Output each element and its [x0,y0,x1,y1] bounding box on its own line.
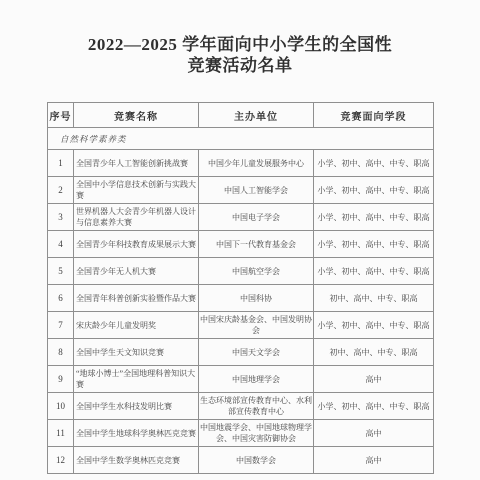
competition-name: 全国青少年无人机大赛 [74,258,199,285]
competition-name: 全国中小学信息技术创新与实践大赛 [74,177,199,204]
table-header-row: 序号 竞赛名称 主办单位 竞赛面向学段 [48,103,434,128]
table-row: 2 全国中小学信息技术创新与实践大赛 中国人工智能学会 小学、初中、高中、中专、… [48,177,434,204]
page-title-line2: 竞赛活动名单 [188,56,293,75]
organizer: 中国电子学会 [199,204,314,231]
table-row: 4 全国青少年科技教育成果展示大赛 中国下一代教育基金会 小学、初中、高中、中专… [48,231,434,258]
target-levels: 初中、高中、中专、职高 [314,339,434,366]
page-title-line1: 2022—2025 学年面向中小学生的全国性 [88,35,392,54]
table-row: 11 全国中学生地球科学奥林匹克竞赛 中国地震学会、中国地球物理学会、中国灾害防… [48,420,434,447]
target-levels: 小学、初中、高中、中专、职高 [314,204,434,231]
row-number: 2 [48,177,74,204]
competition-name: 宋庆龄少年儿童发明奖 [74,312,199,339]
competition-name: 全国中学生水科技发明比赛 [74,393,199,420]
row-number: 6 [48,285,74,312]
competition-name: 全国中学生天文知识竞赛 [74,339,199,366]
table-row: 10 全国中学生水科技发明比赛 生态环境部宣传教育中心、水利部宣传教育中心 小学… [48,393,434,420]
table-row: 7 宋庆龄少年儿童发明奖 中国宋庆龄基金会、中国发明协会 小学、初中、高中、中专… [48,312,434,339]
table-header: 序号 竞赛名称 主办单位 竞赛面向学段 [48,103,434,128]
organizer: 中国地理学会 [199,366,314,393]
row-number: 5 [48,258,74,285]
target-levels: 小学、初中、高中、中专、职高 [314,150,434,177]
competition-name: “地球小博士”全国地理科普知识大赛 [74,366,199,393]
table-body: 自然科学素养类 1 全国青少年人工智能创新挑战赛 中国少年儿童发展服务中心 小学… [48,128,434,474]
target-levels: 小学、初中、高中、中专、职高 [314,231,434,258]
competition-name: 全国青少年人工智能创新挑战赛 [74,150,199,177]
target-levels: 小学、初中、高中、中专、职高 [314,177,434,204]
organizer: 中国航空学会 [199,258,314,285]
row-number: 10 [48,393,74,420]
competition-name: 全国中学生数学奥林匹克竞赛 [74,447,199,474]
organizer: 中国科协 [199,285,314,312]
target-levels: 高中 [314,447,434,474]
table-row: 9 “地球小博士”全国地理科普知识大赛 中国地理学会 高中 [48,366,434,393]
competition-name: 全国青少年科技教育成果展示大赛 [74,231,199,258]
target-levels: 初中、高中、中专、职高 [314,285,434,312]
target-levels: 高中 [314,420,434,447]
target-levels: 小学、初中、高中、中专、职高 [314,312,434,339]
section-row: 自然科学素养类 [48,128,434,150]
column-header-organizer: 主办单位 [199,103,314,128]
competition-table: 序号 竞赛名称 主办单位 竞赛面向学段 自然科学素养类 1 全国青少年人工智能创… [47,102,434,474]
table-row: 8 全国中学生天文知识竞赛 中国天文学会 初中、高中、中专、职高 [48,339,434,366]
organizer: 生态环境部宣传教育中心、水利部宣传教育中心 [199,393,314,420]
column-header-target-levels: 竞赛面向学段 [314,103,434,128]
row-number: 7 [48,312,74,339]
row-number: 4 [48,231,74,258]
column-header-number: 序号 [48,103,74,128]
target-levels: 小学、初中、高中、中专、职高 [314,258,434,285]
table-row: 3 世界机器人大会青少年机器人设计与信息素养大赛 中国电子学会 小学、初中、高中… [48,204,434,231]
row-number: 3 [48,204,74,231]
competition-name: 全国中学生地球科学奥林匹克竞赛 [74,420,199,447]
row-number: 12 [48,447,74,474]
table-row: 6 全国青年科普创新实验暨作品大赛 中国科协 初中、高中、中专、职高 [48,285,434,312]
table-row: 1 全国青少年人工智能创新挑战赛 中国少年儿童发展服务中心 小学、初中、高中、中… [48,150,434,177]
page-title: 2022—2025 学年面向中小学生的全国性 竞赛活动名单 [0,0,480,76]
competition-name: 全国青年科普创新实验暨作品大赛 [74,285,199,312]
organizer: 中国地震学会、中国地球物理学会、中国灾害防御协会 [199,420,314,447]
target-levels: 高中 [314,366,434,393]
target-levels: 小学、初中、高中、中专、职高 [314,393,434,420]
document-page: 2022—2025 学年面向中小学生的全国性 竞赛活动名单 序号 竞赛名称 主办… [0,0,480,480]
competition-name: 世界机器人大会青少年机器人设计与信息素养大赛 [74,204,199,231]
organizer: 中国下一代教育基金会 [199,231,314,258]
row-number: 9 [48,366,74,393]
column-header-competition-name: 竞赛名称 [74,103,199,128]
organizer: 中国数学会 [199,447,314,474]
organizer: 中国天文学会 [199,339,314,366]
table-row: 5 全国青少年无人机大赛 中国航空学会 小学、初中、高中、中专、职高 [48,258,434,285]
organizer: 中国少年儿童发展服务中心 [199,150,314,177]
row-number: 8 [48,339,74,366]
section-label: 自然科学素养类 [48,128,434,150]
organizer: 中国人工智能学会 [199,177,314,204]
row-number: 1 [48,150,74,177]
table-row: 12 全国中学生数学奥林匹克竞赛 中国数学会 高中 [48,447,434,474]
organizer: 中国宋庆龄基金会、中国发明协会 [199,312,314,339]
row-number: 11 [48,420,74,447]
